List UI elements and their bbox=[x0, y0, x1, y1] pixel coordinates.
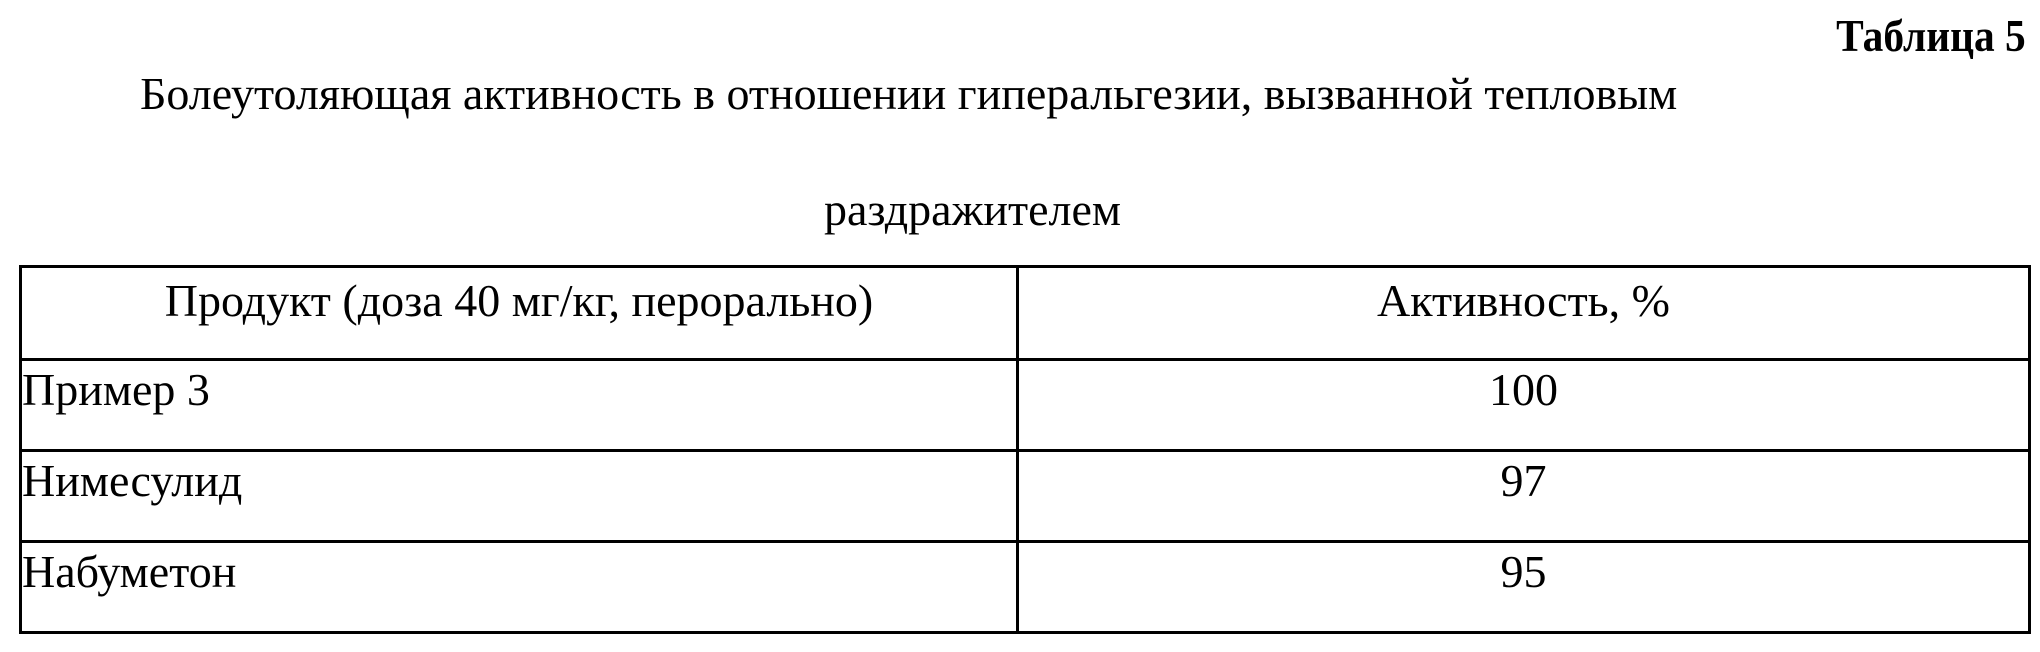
activity-table: Продукт (доза 40 мг/кг, перорально) Акти… bbox=[19, 265, 2031, 634]
table-row: Нимесулид 97 bbox=[21, 451, 2030, 542]
table-caption-line-2: раздражителем bbox=[0, 182, 1945, 238]
product-cell: Набуметон bbox=[21, 542, 1018, 633]
table-label: Таблица 5 bbox=[1836, 6, 2026, 66]
table-row: Набуметон 95 bbox=[21, 542, 2030, 633]
table-header-row: Продукт (доза 40 мг/кг, перорально) Акти… bbox=[21, 267, 2030, 360]
activity-cell: 97 bbox=[1018, 451, 2030, 542]
product-cell: Нимесулид bbox=[21, 451, 1018, 542]
table-row: Пример 3 100 bbox=[21, 360, 2030, 451]
column-header-product: Продукт (доза 40 мг/кг, перорально) bbox=[21, 267, 1018, 360]
table-caption-line-1: Болеутоляющая активность в отношении гип… bbox=[140, 66, 1830, 122]
activity-cell: 95 bbox=[1018, 542, 2030, 633]
product-cell: Пример 3 bbox=[21, 360, 1018, 451]
activity-cell: 100 bbox=[1018, 360, 2030, 451]
column-header-activity: Активность, % bbox=[1018, 267, 2030, 360]
